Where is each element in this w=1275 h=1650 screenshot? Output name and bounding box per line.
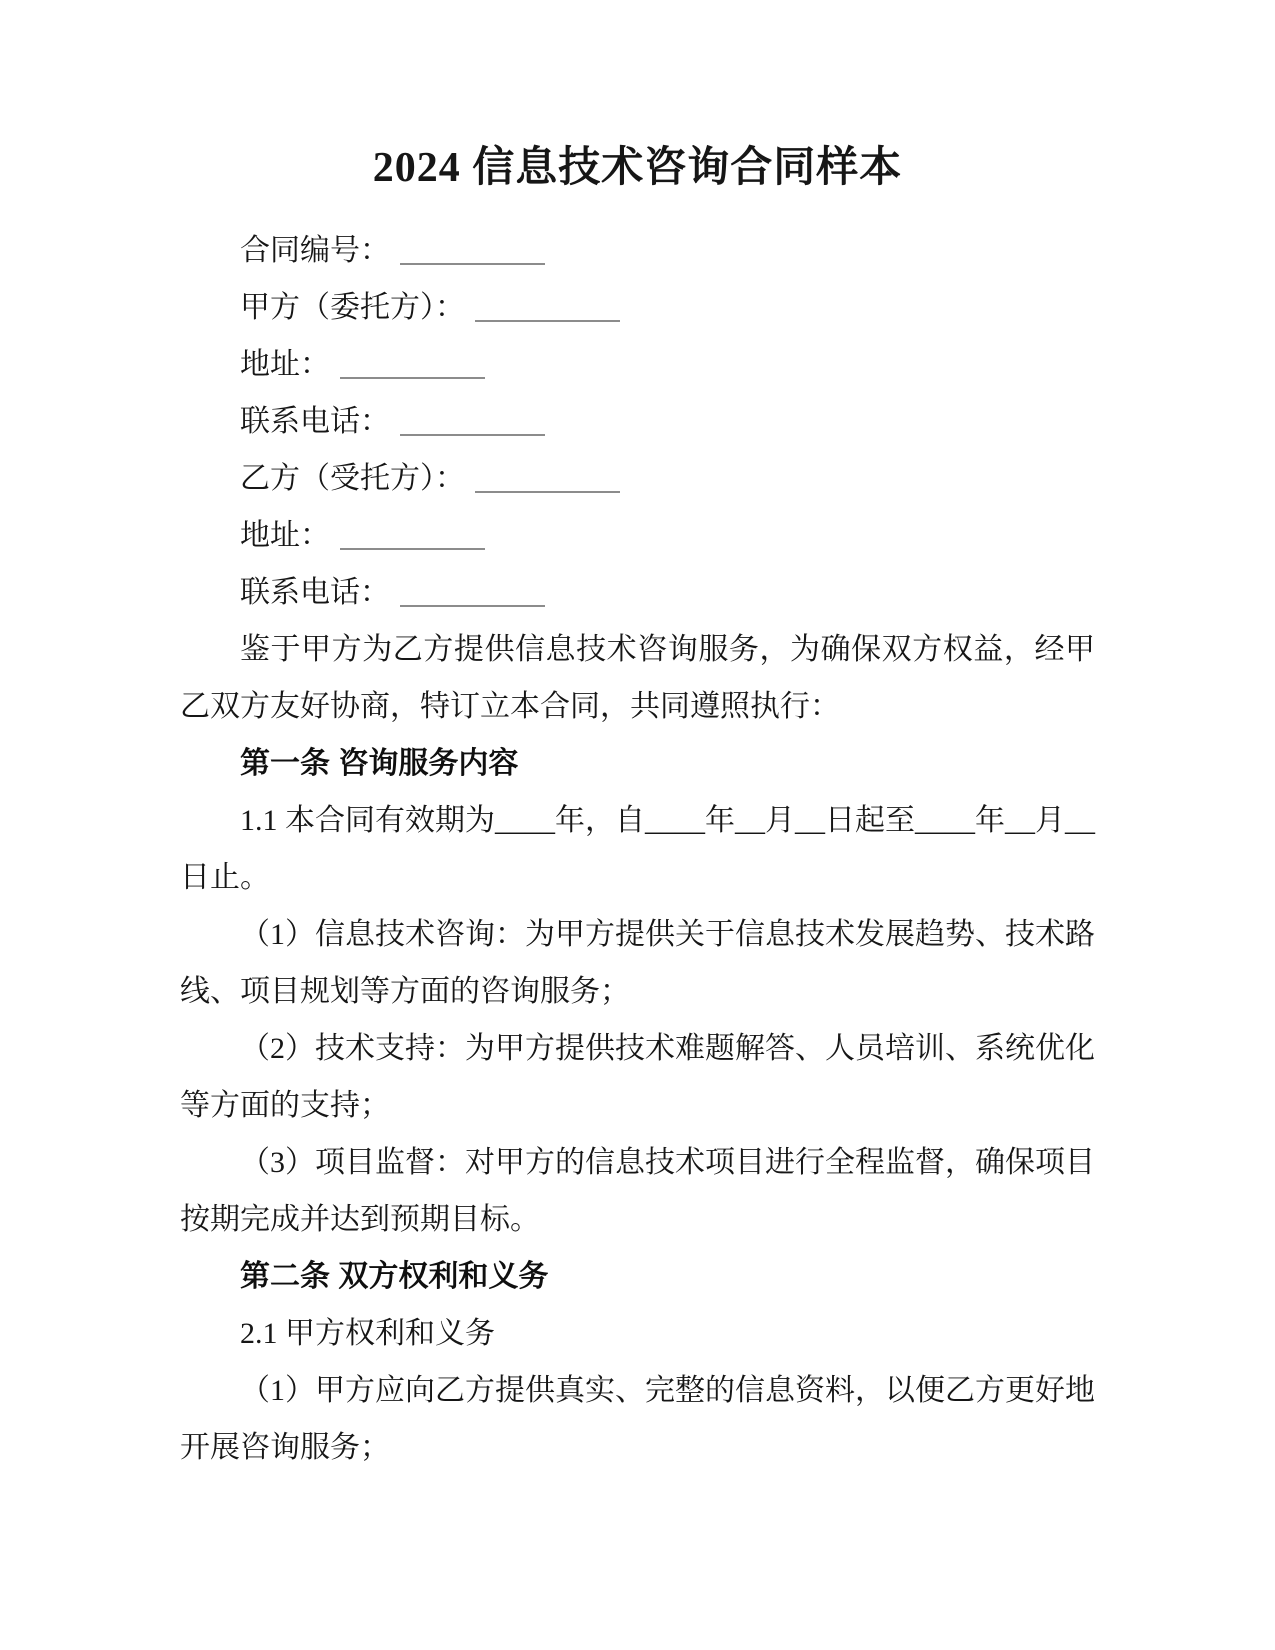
- blank-underline: [475, 290, 620, 322]
- blank-underline: [340, 518, 485, 550]
- blank-underline: [340, 347, 485, 379]
- blank-underline: [475, 461, 620, 493]
- field-party-b: 乙方（受托方）：: [180, 450, 1095, 507]
- clause-1-item-2: （2）技术支持：为甲方提供技术难题解答、人员培训、系统优化等方面的支持；: [180, 1020, 1095, 1134]
- header-fields: 合同编号： 甲方（委托方）： 地址： 联系电话： 乙方（受托方）： 地址： 联系…: [180, 222, 1095, 621]
- field-contract-number-label: 合同编号：: [240, 234, 390, 267]
- field-party-b-address: 地址：: [180, 507, 1095, 564]
- blank-underline: [400, 575, 545, 607]
- field-party-a: 甲方（委托方）：: [180, 279, 1095, 336]
- contract-page: 2024 信息技术咨询合同样本 合同编号： 甲方（委托方）： 地址： 联系电话：…: [0, 0, 1275, 1650]
- preamble-paragraph: 鉴于甲方为乙方提供信息技术咨询服务，为确保双方权益，经甲乙双方友好协商，特订立本…: [180, 621, 1095, 735]
- field-contract-number: 合同编号：: [180, 222, 1095, 279]
- field-party-b-label: 乙方（受托方）：: [240, 462, 465, 495]
- section-2-heading: 第二条 双方权利和义务: [180, 1248, 1095, 1305]
- clause-1-item-3: （3）项目监督：对甲方的信息技术项目进行全程监督，确保项目按期完成并达到预期目标…: [180, 1134, 1095, 1248]
- field-party-a-address-label: 地址：: [240, 348, 330, 381]
- blank-underline: [400, 233, 545, 265]
- field-party-a-address: 地址：: [180, 336, 1095, 393]
- clause-1-item-1: （1）信息技术咨询：为甲方提供关于信息技术发展趋势、技术路线、项目规划等方面的咨…: [180, 906, 1095, 1020]
- field-party-a-phone-label: 联系电话：: [240, 405, 390, 438]
- field-party-b-phone-label: 联系电话：: [240, 576, 390, 609]
- field-party-b-phone: 联系电话：: [180, 564, 1095, 621]
- clause-2-item-1: （1）甲方应向乙方提供真实、完整的信息资料，以便乙方更好地开展咨询服务；: [180, 1362, 1095, 1476]
- field-party-a-label: 甲方（委托方）：: [240, 291, 465, 324]
- section-1-heading: 第一条 咨询服务内容: [180, 735, 1095, 792]
- blank-underline: [400, 404, 545, 436]
- document-title: 2024 信息技术咨询合同样本: [180, 136, 1095, 200]
- field-party-a-phone: 联系电话：: [180, 393, 1095, 450]
- field-party-b-address-label: 地址：: [240, 519, 330, 552]
- clause-1-1: 1.1 本合同有效期为____年，自____年__月__日起至____年__月_…: [180, 792, 1095, 906]
- clause-2-1: 2.1 甲方权利和义务: [180, 1305, 1095, 1362]
